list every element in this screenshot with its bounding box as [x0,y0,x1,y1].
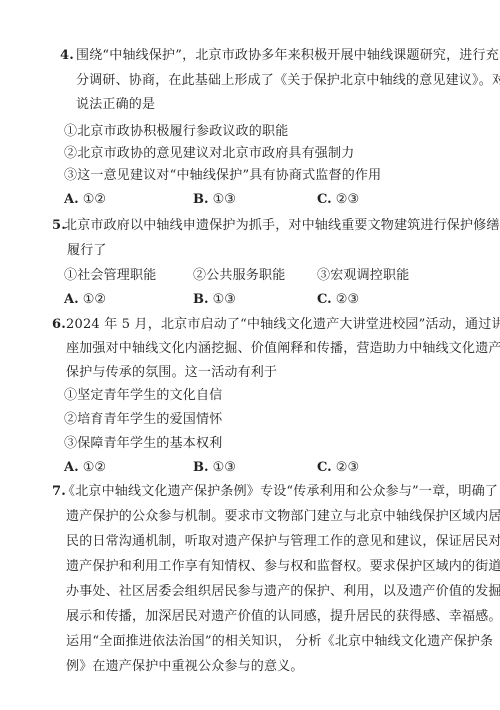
statement: ②培育青年学生的爱国情怀 [64,412,222,428]
question-text-line: 办事处、社区居委会组织居民参与遗产的保护、利用，以及遗产价值的发掘、 [66,584,500,600]
question-text-line: 座加强对中轴线文化内涵挖掘、价值阐释和传播，营造助力中轴线文化遗产 [66,341,500,357]
choice-label: A. [64,192,79,207]
choice-label: C. [317,192,332,207]
choice-b[interactable]: B. ①③ [193,460,236,476]
choice-label: C. [317,460,332,475]
question-text-line: 《北京中轴线文化遗产保护条例》专设“传承利用和公众参与”一章，明确了 [62,484,498,500]
choice-b[interactable]: B. ①③ [193,292,236,308]
question-text-line: 运用“全面推进依法治国”的相关知识， 分析《北京中轴线文化遗产保护条 [66,634,493,650]
choice-label: B. [193,292,209,307]
choice-value: ①③ [213,192,236,207]
choice-value: ②③ [336,292,359,307]
statement: ②北京市政协的意见建议对北京市政府具有强制力 [64,146,354,162]
question-text-line: 保护与传承的氛围。这一活动有利于 [66,365,277,381]
choice-value: ①② [83,292,106,307]
question-text-line: 北京市政府以中轴线申遗保护为抓手，对中轴线重要文物建筑进行保护修缮， [64,218,500,234]
question-text-line: 遗产保护和利用工作享有知情权、参与权和监督权。要求保护区域内的街道 [66,559,500,575]
choice-label: B. [193,460,209,475]
question-text-line: 民的日常沟通机制，听取对遗产保护与管理工作的意见和建议，保证居民对 [66,534,500,550]
choice-value: ①② [83,192,106,207]
statement: ③宏观调控职能 [317,268,409,284]
question-text-line: 说法正确的是 [76,97,155,113]
choice-label: A. [64,460,79,475]
statement: ③保障青年学生的基本权利 [64,436,222,452]
choice-a[interactable]: A. ①② [64,192,106,208]
question-text-line: 分调研、协商，在此基础上形成了《关于保护北京中轴线的意见建议》。对此， [76,73,500,89]
choice-value: ①③ [213,460,236,475]
choice-label: A. [64,292,79,307]
statement: ③这一意见建议对“中轴线保护”具有协商式监督的作用 [64,168,381,184]
choice-value: ①③ [213,292,236,307]
choice-label: B. [193,192,209,207]
question-text-line: 遗产保护的公众参与机制。要求市文物部门建立与北京中轴线保护区域内居 [66,509,500,525]
choice-b[interactable]: B. ①③ [193,192,236,208]
choice-a[interactable]: A. ①② [64,460,106,476]
question-text-line: 2024 年 5 月，北京市启动了“中轴线文化遗产大讲堂进校园”活动，通过讲 [66,317,500,333]
question-text-line: 例》在遗产保护中重视公众参与的意义。 [66,659,304,675]
choice-value: ①② [83,460,106,475]
question-text-line: 展示和传播，加深居民对遗产价值的认同感，提升居民的获得感、幸福感。 [66,609,500,625]
statement: ①坚定青年学生的文化自信 [64,388,222,404]
question-text-line: 围绕“中轴线保护”，北京市政协多年来积极开展中轴线课题研究，进行充 [76,48,499,64]
question-number: 4. [60,48,74,64]
question-number: 6. [52,317,66,333]
statement: ②公共服务职能 [193,268,285,284]
question-text-line: 履行了 [67,243,107,259]
choice-value: ②③ [336,192,359,207]
choice-a[interactable]: A. ①② [64,292,106,308]
choice-c[interactable]: C. ②③ [317,192,359,208]
statement: ①北京市政协积极履行参政议政的职能 [64,124,288,140]
choice-value: ②③ [336,460,359,475]
statement: ①社会管理职能 [64,268,156,284]
choice-c[interactable]: C. ②③ [317,460,359,476]
choice-c[interactable]: C. ②③ [317,292,359,308]
choice-label: C. [317,292,332,307]
